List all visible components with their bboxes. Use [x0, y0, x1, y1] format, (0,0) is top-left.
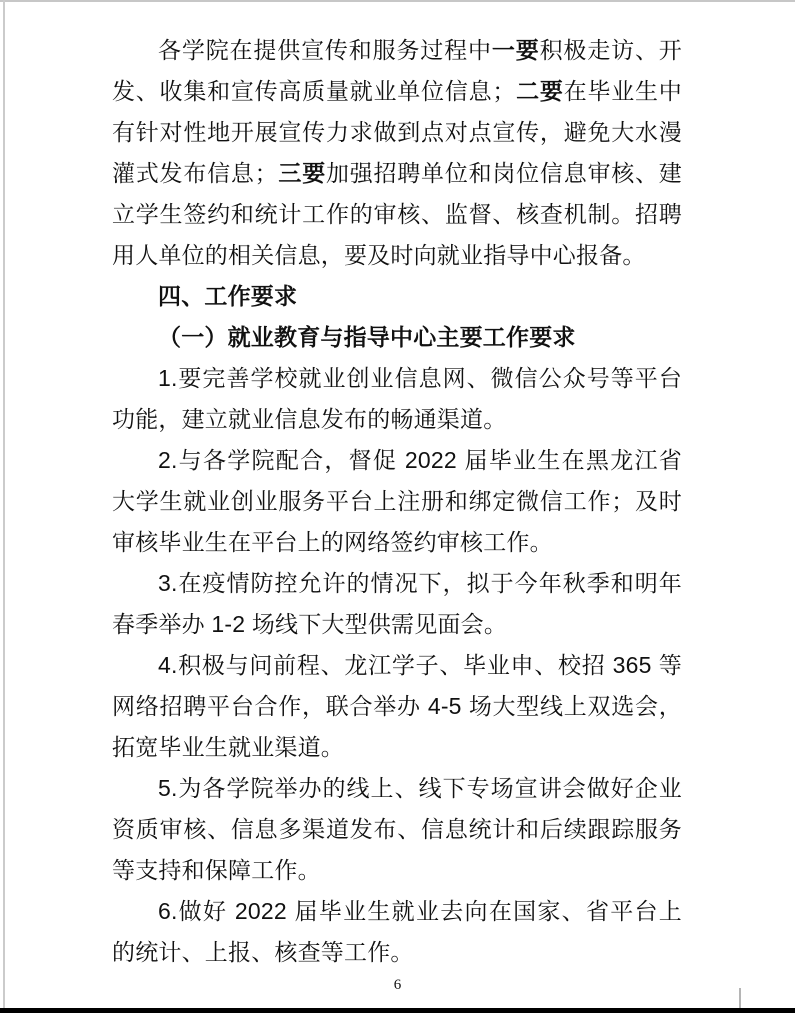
numbered-item: 5.为各学院举办的线上、线下专场宣讲会做好企业资质审核、信息多渠道发布、信息统计…	[112, 768, 682, 891]
numbered-item: 4.积极与问前程、龙江学子、毕业申、校招 365 等网络招聘平台合作，联合举办 …	[112, 645, 682, 768]
page-bottom-rule	[0, 1008, 795, 1013]
numbered-item: 3.在疫情防控允许的情况下，拟于今年秋季和明年春季举办 1-2 场线下大型供需见…	[112, 563, 682, 645]
subsection-heading: （一）就业教育与指导中心主要工作要求	[112, 317, 682, 358]
intro-paragraph: 各学院在提供宣传和服务过程中一要积极走访、开发、收集和宣传高质量就业单位信息；二…	[112, 30, 682, 276]
intro-segment-bold: 一要	[492, 37, 540, 63]
page-left-edge-line	[3, 0, 5, 1008]
numbered-items-list: 1.要完善学校就业创业信息网、微信公众号等平台功能，建立就业信息发布的畅通渠道。…	[112, 358, 682, 973]
section-heading: 四、工作要求	[112, 276, 682, 317]
page-top-edge-line	[0, 0, 795, 2]
intro-segment-bold: 二要	[516, 78, 564, 104]
page-content: 各学院在提供宣传和服务过程中一要积极走访、开发、收集和宣传高质量就业单位信息；二…	[112, 30, 682, 973]
numbered-item: 6.做好 2022 届毕业生就业去向在国家、省平台上的统计、上报、核查等工作。	[112, 891, 682, 973]
numbered-item: 2.与各学院配合，督促 2022 届毕业生在黑龙江省大学生就业创业服务平台上注册…	[112, 440, 682, 563]
page-number: 6	[0, 977, 795, 994]
numbered-item: 1.要完善学校就业创业信息网、微信公众号等平台功能，建立就业信息发布的畅通渠道。	[112, 358, 682, 440]
intro-segment: 各学院在提供宣传和服务过程中	[158, 37, 492, 63]
intro-segment-bold: 三要	[278, 160, 326, 186]
document-page: 各学院在提供宣传和服务过程中一要积极走访、开发、收集和宣传高质量就业单位信息；二…	[0, 0, 795, 1017]
